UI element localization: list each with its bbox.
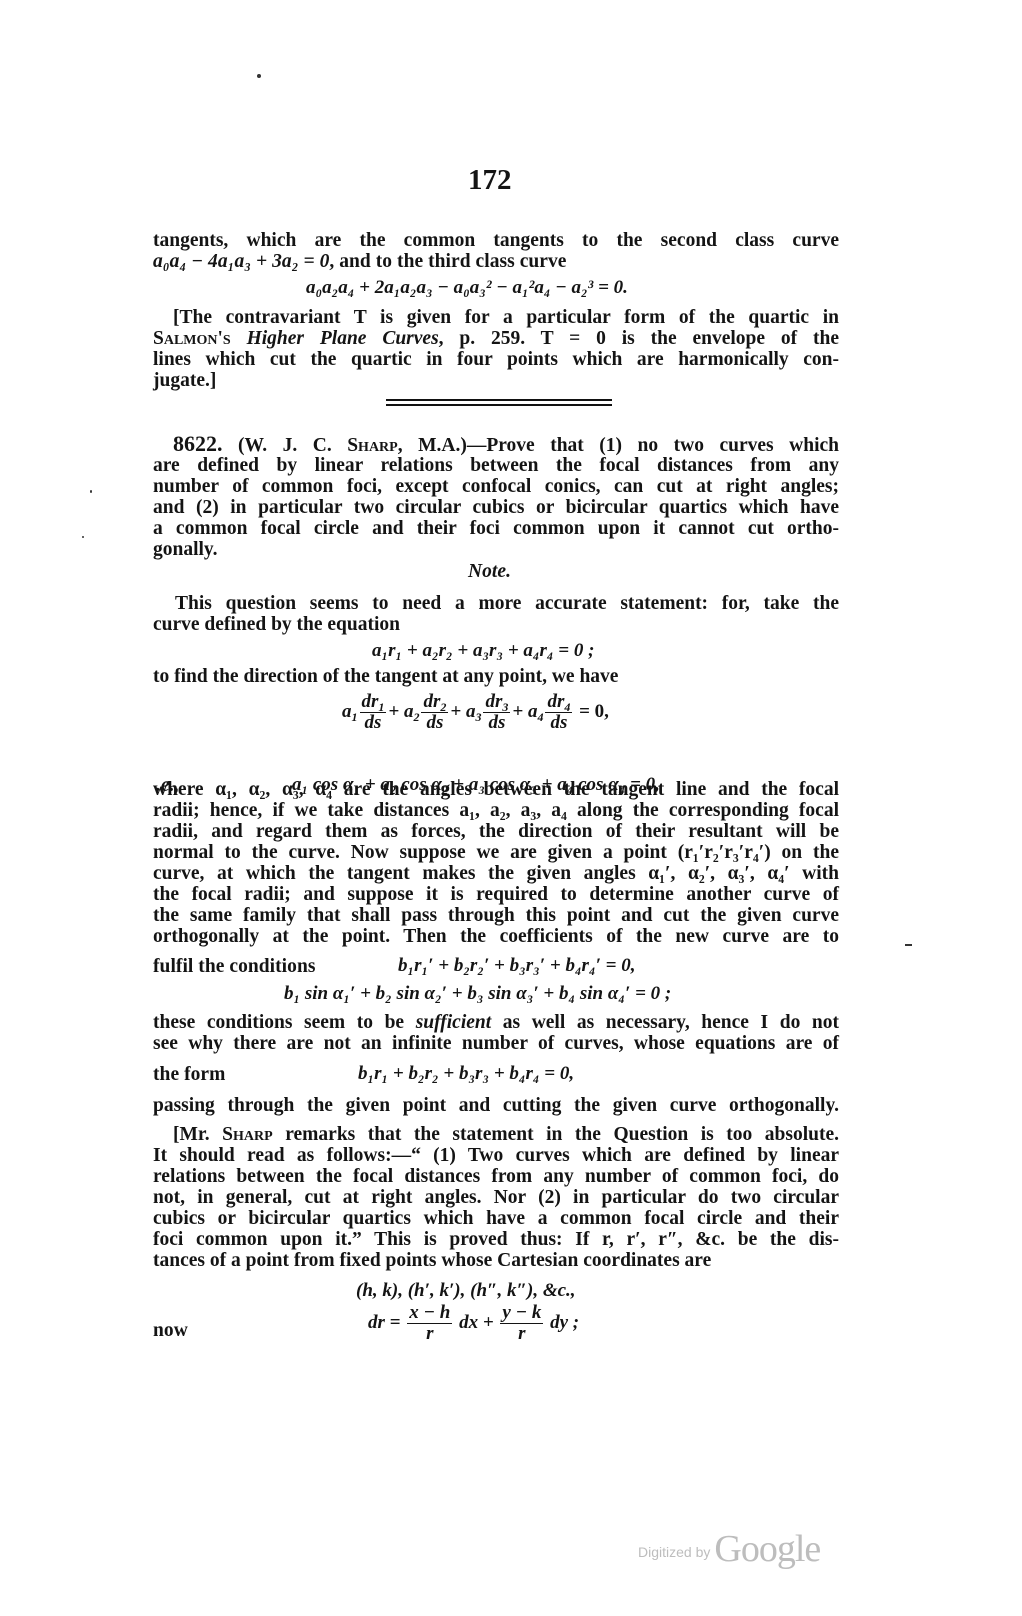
question-header: 8622. (W. J. C. Sharp, M.A.)—Prove that … [153,433,839,456]
note-heading: Note. [468,561,511,583]
sharp-remark-line-7: tances of a point from fixed points whos… [153,1250,839,1271]
question-line-3: number of common foci, except confocal c… [153,476,839,497]
equation-curve: a₁r₁ + a₂r₂ + a₃r₃ + a₄r₄ = 0 ; [372,640,594,662]
question-line-2: are defined by linear relations between … [153,455,839,476]
emphasis-sufficient: sufficient [416,1012,491,1033]
note-paragraph-3-line-6: the focal radii; and suppose it is requi… [153,884,839,905]
author-sharp: Sharp [347,435,398,456]
editor-note-line-2: Salmon's Higher Plane Curves, p. 259. T … [153,328,839,349]
sharp-remark-line-2: It should read as follows:—“ (1) Two cur… [153,1145,839,1166]
note-paragraph-1-line-2: curve defined by the equation [153,614,839,635]
sharp-remark-line-6: foci common upon it.” This is proved thu… [153,1229,839,1250]
continuation-line-1: tangents, which are the common tangents … [153,230,839,251]
question-number: 8622. [173,431,223,456]
note-paragraph-3-line-7: the same family that shall pass through … [153,905,839,926]
note-paragraph-2: to find the direction of the tangent at … [153,666,839,687]
digitized-by-google-watermark: Digitized by Google [638,1527,820,1571]
author-sharp-remark: Sharp [222,1124,273,1145]
book-title: Higher Plane Curves [247,328,439,349]
note-paragraph-3-line-1: where α₁, α₂, α₃, α₄ are the angles betw… [153,779,839,800]
note-paragraph-1-line-1: This question seems to need a more accur… [153,593,839,614]
editor-note-line-4: jugate.] [153,370,839,391]
scan-speck [905,944,912,946]
page-number: 172 [468,164,512,197]
continuation-line-2: a₀a₄ − 4a₁a₃ + 3a₂ = 0, and to the third… [153,251,567,273]
equation-condition-2: b₁ sin α₁′ + b₂ sin α₂′ + b₃ sin α₃′ + b… [284,983,671,1005]
equation-derivative: a1dr1ds+ a2dr2ds+ a3dr3ds+ a4dr4ds = 0, [342,692,609,733]
scan-speck [82,536,84,538]
note-paragraph-3-line-3: radii, and regard them as forces, the di… [153,821,839,842]
question-line-4: and (2) in particular two circular cubic… [153,497,839,518]
fulfil-label: fulfil the conditions [153,956,316,978]
equation-third-class: a₀a₂a₄ + 2a₁a₂a₃ − a₀a₃² − a₁²a₄ − a₂³ =… [306,277,628,299]
equation-condition-1: b₁r₁′ + b₂r₂′ + b₃r₃′ + b₄r₄′ = 0, [398,955,636,977]
question-line-6: gonally. [153,539,839,560]
equation-dr: dr = x − hr dx + y − kr dy ; [368,1303,579,1344]
note-paragraph-3-line-8: orthogonally at the point. Then the coef… [153,926,839,947]
note-paragraph-4-line-2: see why there are not an infinite number… [153,1033,839,1054]
question-line-5: a common focal circle and their foci com… [153,518,839,539]
scan-speck [90,490,92,493]
equation-second-class: a₀a₄ − 4a₁a₃ + 3a₂ = 0 [153,251,329,272]
sharp-remark-line-3: relations between the focal distances fr… [153,1166,839,1187]
google-logo: Google [714,1528,820,1570]
author-salmon: Salmon's [153,328,231,349]
form-label: the form [153,1064,225,1086]
note-paragraph-3-line-2: radii; hence, if we take distances a₁, a… [153,800,839,821]
note-paragraph-3-line-5: curve, at which the tangent makes the gi… [153,863,839,884]
equation-form: b₁r₁ + b₂r₂ + b₃r₃ + b₄r₄ = 0, [358,1063,574,1085]
equation-coordinates: (h, k), (h′, k′), (h″, k″), &c., [356,1280,576,1302]
scan-speck [257,74,261,78]
editor-note-line-3: lines which cut the quartic in four poin… [153,349,839,370]
note-paragraph-5: passing through the given point and cutt… [153,1095,839,1116]
sharp-remark-line-4: not, in general, cut at right angles. No… [153,1187,839,1208]
note-paragraph-3-line-4: normal to the curve. Now suppose we are … [153,842,839,863]
sharp-remark-line-1: [Mr. Sharp remarks that the statement in… [153,1124,839,1145]
sharp-remark-line-5: cubics or bicircular quartics which have… [153,1208,839,1229]
editor-note-line-1: [The contravariant T is given for a part… [153,307,839,328]
note-paragraph-4-line-1: these conditions seem to be sufficient a… [153,1012,839,1033]
now-label: now [153,1320,188,1342]
section-divider-bottom [386,404,612,406]
section-divider-top [386,399,612,401]
